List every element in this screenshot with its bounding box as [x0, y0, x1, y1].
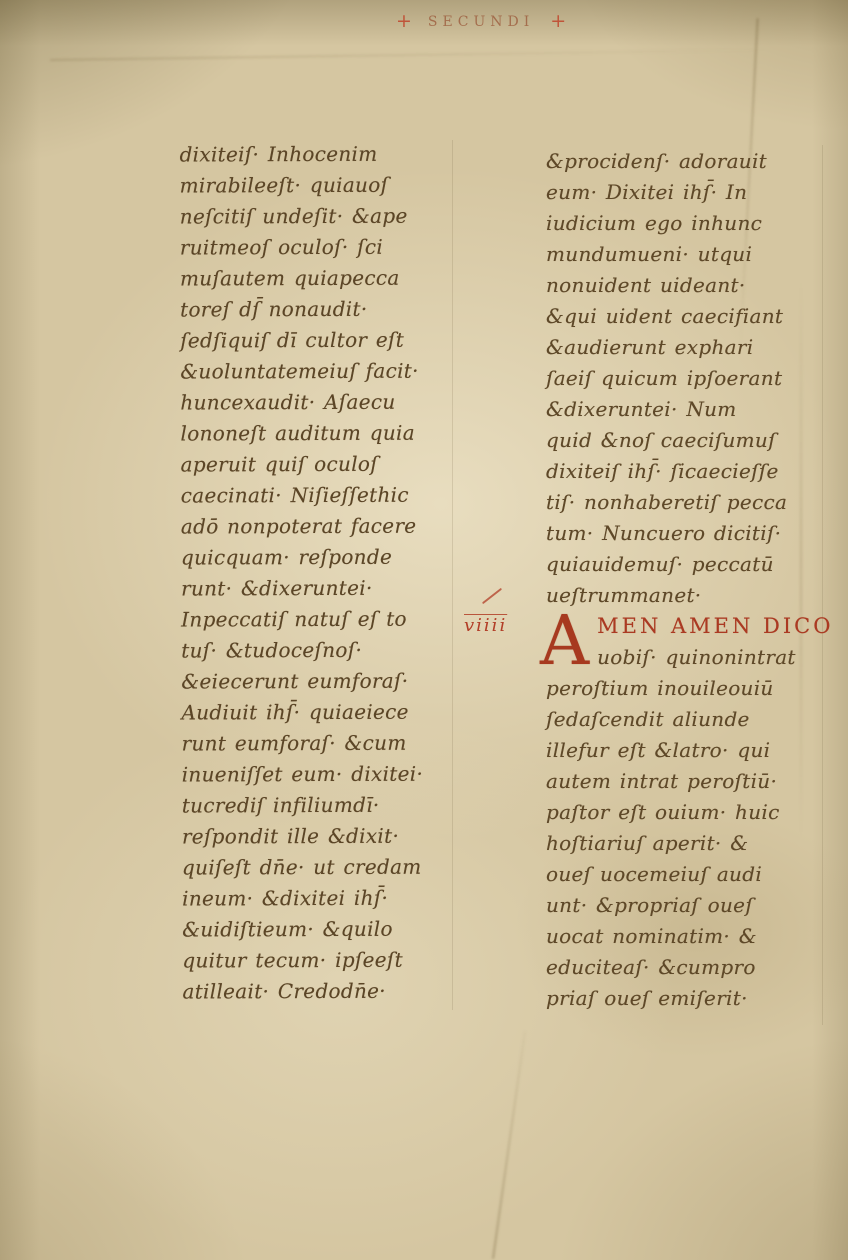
text-line: huncexaudit· Aſaecu	[180, 387, 458, 419]
initial-letter-a: A	[540, 613, 589, 671]
right-column-upper: &procidenſ· adorauiteum· Dixitei ihſ̄· I…	[546, 146, 832, 611]
right-text-column: &procidenſ· adorauiteum· Dixitei ihſ̄· I…	[546, 146, 832, 1014]
text-line: educiteaſ· &cumpro	[546, 952, 832, 983]
text-line: &qui uident caecifiant	[546, 301, 832, 332]
cross-icon: +	[550, 12, 566, 31]
text-line: atilleait· Credodn̄e·	[182, 976, 460, 1008]
text-line: inueniſſet eum· dixitei·	[182, 759, 460, 791]
right-column-lower: peroſtium inouileouiūſedaſcendit aliunde…	[546, 673, 832, 1014]
text-line: ſedſiquiſ dī cultor eſt	[180, 325, 458, 357]
running-header: + SECUNDI +	[396, 12, 566, 31]
text-line: adō nonpoterat facere	[181, 511, 459, 543]
rubric-mark	[482, 588, 502, 604]
text-line: &audierunt exphari	[546, 332, 832, 363]
text-line: neſcitiſ undeſit· &ape	[180, 201, 458, 233]
parchment-crease	[492, 1031, 526, 1259]
text-line: unt· &propriaſ oueſ	[546, 890, 832, 921]
text-line: quicquam· reſponde	[181, 542, 459, 574]
text-line: ſaeiſ quicum ipſoerant	[546, 363, 832, 394]
text-line: ſedaſcendit aliunde	[546, 704, 832, 735]
text-line: uobiſ· quinonintrat	[597, 642, 833, 673]
text-line: autem intrat peroſtiū·	[546, 766, 832, 797]
text-line: quitur tecum· ipſeeſt	[182, 945, 460, 977]
text-line: Inpeccatiſ natuſ eſ to	[181, 604, 459, 636]
text-line: &uoluntatemeiuſ facit·	[180, 356, 458, 388]
text-line: uocat nominatim· &	[546, 921, 832, 952]
text-line: oueſ uocemeiuſ audi	[546, 859, 832, 890]
text-line: quiſeſt dn̄e· ut credam	[182, 852, 460, 884]
text-line: runt eumforaſ· &cum	[182, 728, 460, 760]
text-line: tum· Nuncuero dicitiſ·	[546, 518, 832, 549]
manuscript-page: + SECUNDI + dixiteiſ· Inhocenimmirabilee…	[0, 0, 848, 1260]
running-title: SECUNDI	[428, 14, 534, 30]
text-line: hoſtiariuſ aperit· &	[546, 828, 832, 859]
text-line: ruitmeoſ oculoſ· ſci	[180, 232, 458, 264]
text-line: reſpondit ille &dixit·	[182, 821, 460, 853]
text-line: dixiteiſ ihſ̄· ſicaecieſſe	[546, 456, 832, 487]
text-line: dixiteiſ· Inhocenim	[179, 139, 457, 171]
text-line: &procidenſ· adorauit	[546, 146, 832, 177]
text-line: toreſ dſ̄ nonaudit·	[180, 294, 458, 326]
text-line: runt· &dixeruntei·	[181, 573, 459, 605]
text-line: lononeſt auditum quia	[180, 418, 458, 450]
left-text-column: dixiteiſ· Inhocenimmirabileeſt· quiauoſn…	[179, 139, 460, 1008]
parchment-crease	[50, 49, 770, 61]
chapter-number: viiii	[464, 616, 507, 636]
text-line: priaſ oueſ emiſerit·	[546, 983, 832, 1014]
text-line: muſautem quiapecca	[180, 263, 458, 295]
text-line: nonuident uideant·	[546, 270, 832, 301]
text-line: tiſ· nonhaberetiſ pecca	[546, 487, 832, 518]
text-line: &eiecerunt eumforaſ·	[181, 666, 459, 698]
text-line: ineum· &dixitei ihſ̄·	[182, 883, 460, 915]
text-line: illefur eſt &latro· qui	[546, 735, 832, 766]
text-line: &uidiſtieum· &quilo	[182, 914, 460, 946]
text-line: tuſ· &tudoceſnoſ·	[181, 635, 459, 667]
text-line: &dixeruntei· Num	[546, 394, 832, 425]
text-line: Audiuit ihſ̄· quiaeiece	[181, 697, 459, 729]
cross-icon: +	[396, 12, 412, 31]
text-line: mirabileeſt· quiauoſ	[180, 170, 458, 202]
text-line: aperuit quiſ oculoſ	[181, 449, 459, 481]
text-line: quid &noſ caeciſumuſ	[546, 425, 832, 456]
incipit-rubric: MEN AMEN DICO	[597, 611, 833, 642]
chapter-start: viiii A MEN AMEN DICO uobiſ· quinonintra…	[546, 611, 832, 673]
text-line: tucrediſ infiliumdī·	[182, 790, 460, 822]
text-line: iudicium ego inhunc	[546, 208, 832, 239]
text-line: quiauidemuſ· peccatū	[546, 549, 832, 580]
text-line: caecinati· Niſieſſethic	[181, 480, 459, 512]
text-line: mundumueni· utqui	[546, 239, 832, 270]
text-line: paſtor eſt ouium· huic	[546, 797, 832, 828]
text-line: eum· Dixitei ihſ̄· In	[546, 177, 832, 208]
